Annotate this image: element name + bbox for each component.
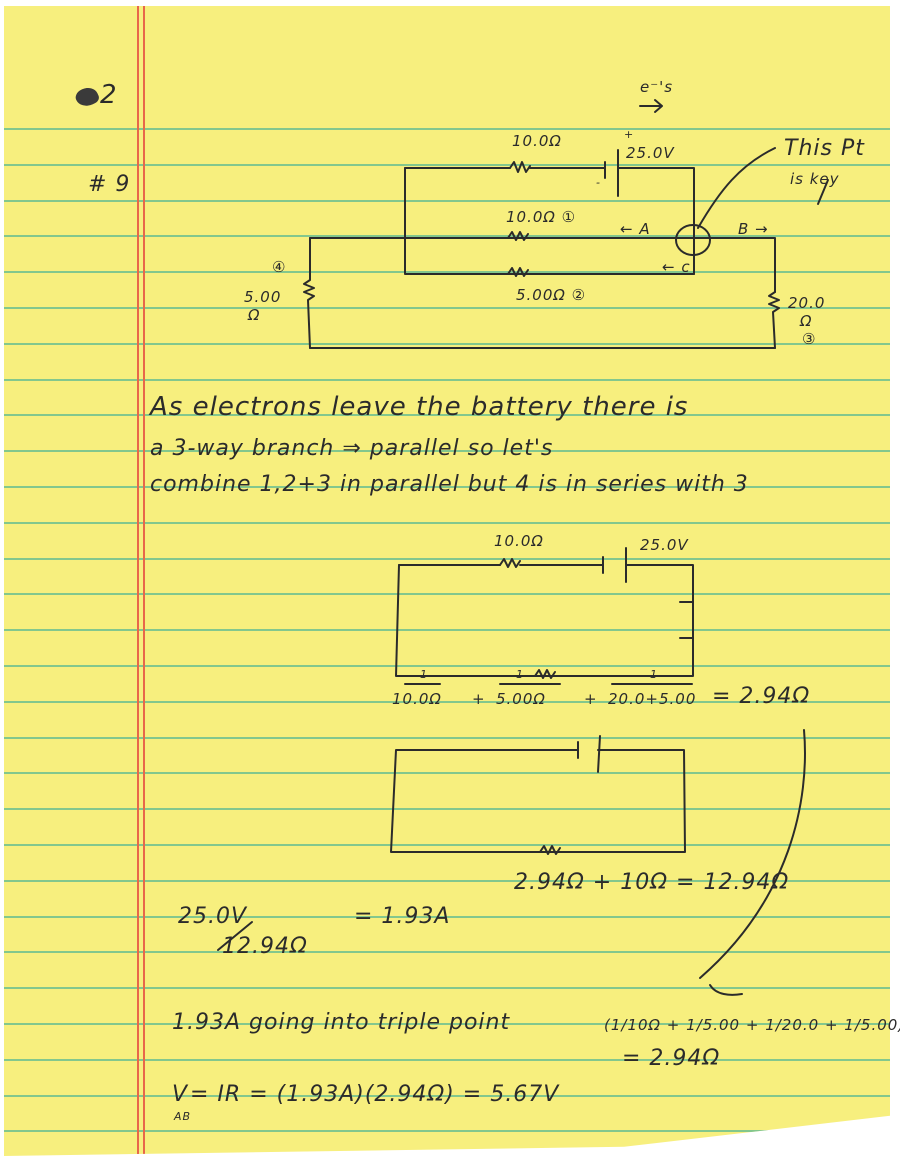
current-result: = 1.93A xyxy=(354,904,450,929)
voltage-subscript: AB xyxy=(174,1110,191,1123)
voltage-equation: = IR = (1.93A)(2.94Ω) = 5.67V xyxy=(190,1082,559,1107)
division-slash xyxy=(0,0,900,1165)
current-denominator: 12.94Ω xyxy=(222,934,308,959)
triple-point-text: 1.93A going into triple point xyxy=(172,1010,510,1035)
triple-point-result: = 2.94Ω xyxy=(622,1046,720,1071)
voltage-symbol: V xyxy=(172,1082,188,1107)
triple-point-expression: (1/10Ω + 1/5.00 + 1/20.0 + 1/5.00) xyxy=(604,1016,900,1034)
